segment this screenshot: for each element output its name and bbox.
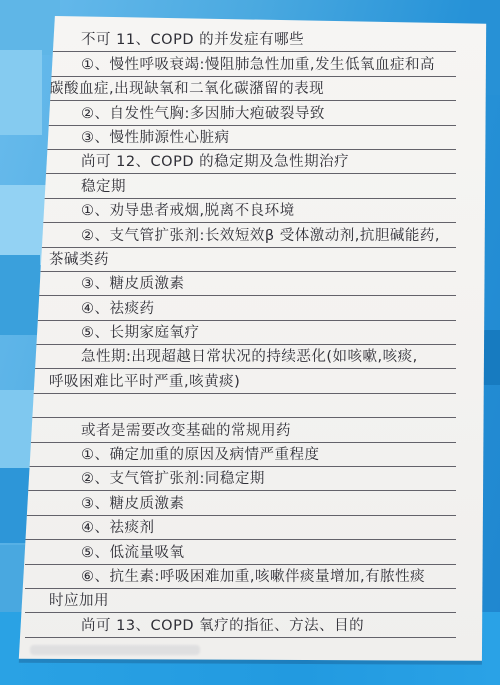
note-line-text: 或者是需要改变基础的常规用药 — [25, 420, 291, 443]
note-line-text: 碳酸血症,出现缺氧和二氧化碳潴留的表现 — [25, 78, 324, 101]
note-line-text: ②、支气管扩张剂:长效短效β 受体激动剂,抗胆碱能药, — [25, 225, 440, 248]
note-line — [25, 394, 456, 418]
note-lines: 不可 11、COPD 的并发症有哪些 ①、慢性呼吸衰竭:慢阻肺急性加重,发生低氧… — [25, 28, 456, 638]
note-line: 稳定期 — [25, 174, 456, 198]
note-line-text: ①、劝导患者戒烟,脱离不良环境 — [25, 200, 295, 223]
note-line: 茶碱类药 — [25, 248, 456, 272]
note-line: ⑤、低流量吸氧 — [25, 540, 456, 564]
note-line-text: ①、确定加重的原因及病情严重程度 — [25, 444, 320, 467]
note-line: 时应加用 — [25, 589, 456, 613]
note-line: ①、劝导患者戒烟,脱离不良环境 — [25, 199, 456, 223]
note-line: ②、自发性气胸:多因肺大疱破裂导致 — [25, 101, 456, 125]
note-line: ③、糖皮质激素 — [25, 272, 456, 296]
note-line-text: 尚可 12、COPD 的稳定期及急性期治疗 — [25, 151, 349, 174]
note-line: ⑥、抗生素:呼吸困难加重,咳嗽伴痰量增加,有脓性痰 — [25, 565, 456, 589]
note-line-text: ②、自发性气胸:多因肺大疱破裂导致 — [25, 103, 325, 126]
note-line-text: ⑤、长期家庭氧疗 — [25, 322, 200, 345]
note-line: ③、慢性肺源性心脏病 — [25, 126, 456, 150]
note-line: ①、慢性呼吸衰竭:慢阻肺急性加重,发生低氧血症和高 — [25, 52, 456, 76]
note-line: 尚可 12、COPD 的稳定期及急性期治疗 — [25, 150, 456, 174]
note-line: ④、祛痰药 — [25, 296, 456, 320]
background-tile — [0, 185, 48, 265]
note-line-text: 茶碱类药 — [25, 249, 109, 272]
note-line: 呼吸困难比平时严重,咳黄痰) — [25, 369, 456, 393]
note-line-text: 呼吸困难比平时严重,咳黄痰) — [25, 371, 240, 394]
note-line-text: ④、祛痰药 — [25, 298, 155, 321]
note-line: ③、糖皮质激素 — [25, 491, 456, 515]
note-line-text: ④、祛痰剂 — [25, 517, 155, 540]
note-line: ②、支气管扩张剂:同稳定期 — [25, 467, 456, 491]
background-tile — [0, 50, 42, 135]
note-line: ②、支气管扩张剂:长效短效β 受体激动剂,抗胆碱能药, — [25, 223, 456, 247]
note-line-text: 时应加用 — [25, 590, 109, 613]
note-line-text: ②、支气管扩张剂:同稳定期 — [25, 468, 265, 491]
note-line-text: 不可 11、COPD 的并发症有哪些 — [25, 29, 304, 52]
note-line-text: 急性期:出现超越日常状况的持续恶化(如咳嗽,咳痰, — [25, 346, 418, 369]
note-line-text: ③、慢性肺源性心脏病 — [25, 127, 230, 150]
background-tile — [0, 255, 40, 335]
note-line-text: ③、糖皮质激素 — [25, 493, 185, 516]
note-line: ④、祛痰剂 — [25, 516, 456, 540]
note-line-text: ①、慢性呼吸衰竭:慢阻肺急性加重,发生低氧血症和高 — [25, 54, 435, 77]
note-line: ①、确定加重的原因及病情严重程度 — [25, 443, 456, 467]
note-line: 碳酸血症,出现缺氧和二氧化碳潴留的表现 — [25, 77, 456, 101]
note-line-text: ⑥、抗生素:呼吸困难加重,咳嗽伴痰量增加,有脓性痰 — [25, 566, 425, 589]
note-line: ⑤、长期家庭氧疗 — [25, 321, 456, 345]
note-line: 尚可 13、COPD 氧疗的指征、方法、目的 — [25, 613, 456, 637]
note-line-text: 尚可 13、COPD 氧疗的指征、方法、目的 — [25, 615, 364, 638]
note-line: 或者是需要改变基础的常规用药 — [25, 418, 456, 442]
note-line: 急性期:出现超越日常状况的持续恶化(如咳嗽,咳痰, — [25, 345, 456, 369]
faint-watermark — [30, 645, 200, 655]
note-line-text: ③、糖皮质激素 — [25, 273, 185, 296]
background-tile — [0, 0, 60, 55]
note-line: 不可 11、COPD 的并发症有哪些 — [25, 28, 456, 52]
note-line-text: ⑤、低流量吸氧 — [25, 542, 185, 565]
notebook-paper: 不可 11、COPD 的并发症有哪些 ①、慢性呼吸衰竭:慢阻肺急性加重,发生低氧… — [15, 14, 490, 664]
note-line-text: 稳定期 — [25, 176, 126, 199]
